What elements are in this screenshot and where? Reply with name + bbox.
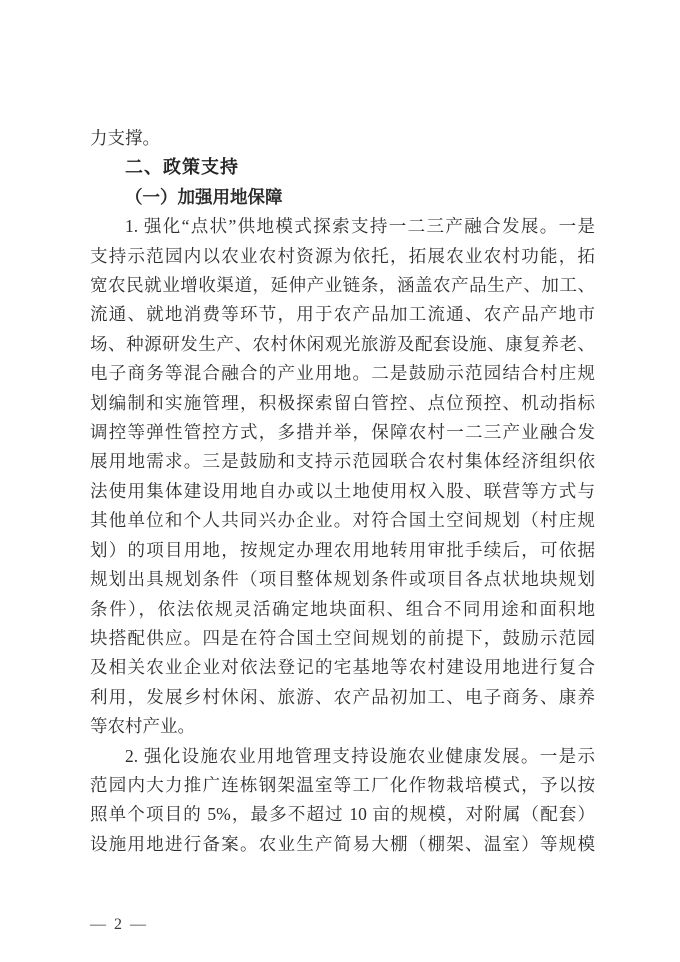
text-line: 条件），依法依规灵活确定地块面积、组合不同用途和面积地 xyxy=(90,595,595,624)
subsection-heading: （一）加强用地保障 xyxy=(90,183,595,212)
text-line: 展用地需求。三是鼓励和支持示范园联合农村集体经济组织依 xyxy=(90,447,595,476)
text-line: 其他单位和个人共同兴办企业。对符合国土空间规划（村庄规 xyxy=(90,506,595,535)
paragraph-start-line: 1. 强化“点状”供地模式探索支持一二三产融合发展。一是 xyxy=(90,212,595,241)
text-line: 流通、就地消费等环节，用于农产品加工流通、农产品产地市 xyxy=(90,300,595,329)
page-number: — 2 — xyxy=(90,913,148,937)
paragraph-continuation-line: 力支撑。 xyxy=(90,124,595,153)
text-line: 宽农民就业增收渠道，延伸产业链条，涵盖农产品生产、加工、 xyxy=(90,271,595,300)
text-line: 场、种源研发生产、农村休闲观光旅游及配套设施、康复养老、 xyxy=(90,330,595,359)
text-line: 照单个项目的 5%，最多不超过 10 亩的规模，对附属（配套） xyxy=(90,800,595,829)
text-line: 设施用地进行备案。农业生产简易大棚（棚架、温室）等规模 xyxy=(90,830,595,859)
text-line: 块搭配供应。四是在符合国土空间规划的前提下，鼓励示范园 xyxy=(90,624,595,653)
text-line: 及相关农业企业对依法登记的宅基地等农村建设用地进行复合 xyxy=(90,653,595,682)
document-body: 力支撑。二、政策支持（一）加强用地保障1. 强化“点状”供地模式探索支持一二三产… xyxy=(90,124,595,859)
text-line: 划编制和实施管理，积极探索留白管控、点位预控、机动指标 xyxy=(90,389,595,418)
text-line: 利用，发展乡村休闲、旅游、农产品初加工、电子商务、康养 xyxy=(90,683,595,712)
text-line: 规划出具规划条件（项目整体规划条件或项目各点状地块规划 xyxy=(90,565,595,594)
text-line: 支持示范园内以农业农村资源为依托，拓展农业农村功能，拓 xyxy=(90,242,595,271)
text-line: 范园内大力推广连栋钢架温室等工厂化作物栽培模式，予以按 xyxy=(90,771,595,800)
section-heading: 二、政策支持 xyxy=(90,153,595,182)
text-line: 电子商务等混合融合的产业用地。二是鼓励示范园结合村庄规 xyxy=(90,359,595,388)
paragraph-start-line: 2. 强化设施农业用地管理支持设施农业健康发展。一是示 xyxy=(90,742,595,771)
document-page: 力支撑。二、政策支持（一）加强用地保障1. 强化“点状”供地模式探索支持一二三产… xyxy=(0,0,680,962)
text-line: 划）的项目用地，按规定办理农用地转用审批手续后，可依据 xyxy=(90,536,595,565)
text-line: 法使用集体建设用地自办或以土地使用权入股、联营等方式与 xyxy=(90,477,595,506)
paragraph-end-line: 等农村产业。 xyxy=(90,712,595,741)
text-line: 调控等弹性管控方式，多措并举，保障农村一二三产业融合发 xyxy=(90,418,595,447)
